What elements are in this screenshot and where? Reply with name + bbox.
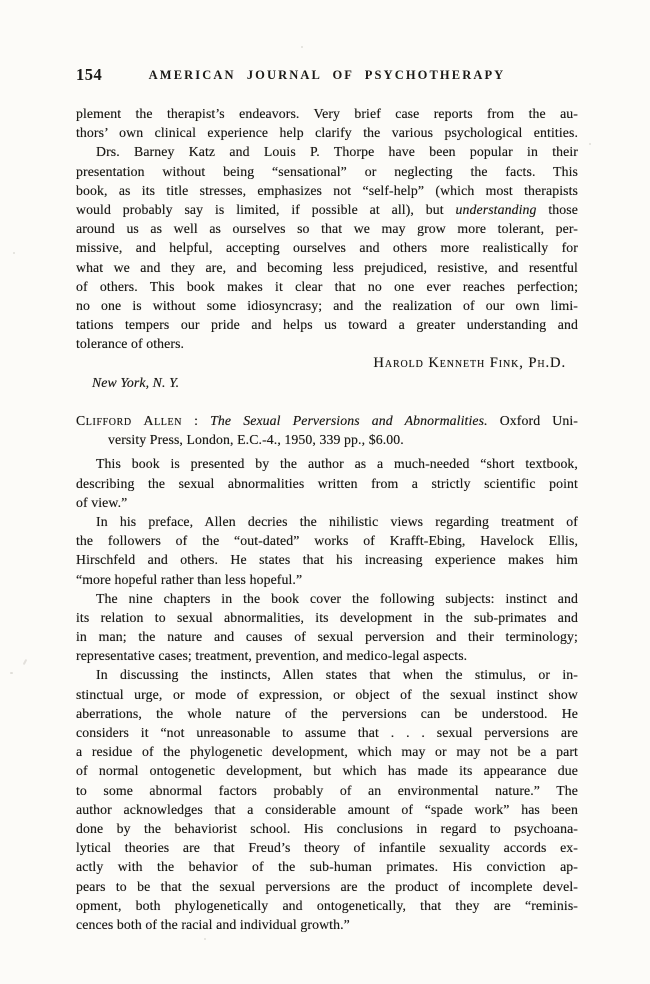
text-segment: of view.” [76, 495, 127, 510]
text-segment: The nine chapters in the book cover the … [96, 591, 578, 606]
text-line: In discussing the instincts, Allen state… [76, 665, 578, 684]
text-segment: In discussing the instincts, Allen state… [96, 667, 578, 682]
text-line: thors’ own clinical experience help clar… [76, 123, 578, 142]
text-line: no one is without some idiosyncrasy; and… [76, 296, 578, 315]
text-line: of view.” [76, 493, 578, 512]
text-segment: opment, both phylogenetically and ontoge… [76, 898, 578, 913]
text-line: its relation to sexual abnormalities, it… [76, 608, 578, 627]
text-segment: its relation to sexual abnormalities, it… [76, 610, 578, 625]
text-line: Clifford Allen : The Sexual Perversions … [76, 411, 578, 430]
text-line: done by the behaviorist school. His conc… [76, 819, 578, 838]
text-line: actly with the behavior of the sub-human… [76, 857, 578, 876]
text-line: book, as its title stresses, emphasizes … [76, 181, 578, 200]
text-segment: presentation without being “sensational”… [76, 164, 578, 179]
text-segment: plement the therapist’s endeavors. Very … [76, 106, 578, 121]
text-segment: around us as well as ourselves so that w… [76, 221, 578, 236]
text-line: Hirschfeld and others. He states that hi… [76, 550, 578, 569]
page-number: 154 [76, 65, 102, 85]
text-line: of normal ontogenetic development, but w… [76, 761, 578, 780]
text-segment: Oxford Uni- [488, 413, 578, 428]
text-line: the followers of the “out-dated” works o… [76, 531, 578, 550]
text-segment: Hirschfeld and others. He states that hi… [76, 552, 578, 567]
text-segment: New York, N. Y. [92, 375, 179, 390]
fink-review-continuation-paragraph: plement the therapist’s endeavors. Very … [76, 104, 578, 142]
section-gap [76, 392, 578, 411]
scan-speck [13, 252, 15, 254]
text-segment: Clifford Allen [76, 413, 182, 428]
fink-review-paragraph: Drs. Barney Katz and Louis P. Thorpe hav… [76, 142, 578, 353]
text-line: a residue of the phylogenetic developmen… [76, 742, 578, 761]
text-segment: thors’ own clinical experience help clar… [76, 125, 578, 140]
text-line: presentation without being “sensational”… [76, 162, 578, 181]
scan-speck [301, 46, 303, 48]
text-segment: of others. This book makes it clear that… [76, 279, 578, 294]
text-line: opment, both phylogenetically and ontoge… [76, 896, 578, 915]
text-line: aberrations, the whole nature of the per… [76, 704, 578, 723]
text-line: missive, and helpful, accepting ourselve… [76, 238, 578, 257]
text-segment: book, as its title stresses, emphasizes … [76, 183, 578, 198]
text-line: what we and they are, and becoming less … [76, 258, 578, 277]
text-segment: In his preface, Allen decries the nihili… [96, 514, 578, 529]
text-line: in man; the nature and causes of sexual … [76, 627, 578, 646]
scan-speck [204, 938, 206, 940]
text-segment: describing the sexual abnormalities writ… [76, 476, 578, 491]
text-segment: Drs. Barney Katz and Louis P. Thorpe hav… [96, 144, 578, 159]
text-line: pears to be that the sexual perversions … [76, 877, 578, 896]
text-segment: tolerance of others. [76, 336, 184, 351]
text-line: The nine chapters in the book cover the … [76, 589, 578, 608]
text-segment: a residue of the phylogenetic developmen… [76, 744, 578, 759]
text-segment: would probably say is limited, if possib… [76, 202, 456, 217]
scan-speck [23, 659, 28, 665]
fink-signature: Harold Kenneth Fink, Ph.D. [76, 353, 578, 372]
text-segment: of normal ontogenetic development, but w… [76, 763, 578, 778]
text-segment: aberrations, the whole nature of the per… [76, 706, 578, 721]
page-body: plement the therapist’s endeavors. Very … [76, 104, 578, 934]
text-segment: This book is presented by the author as … [96, 456, 578, 471]
text-line: lytical theories are that Freud’s theory… [76, 838, 578, 857]
text-segment: “more hopeful rather than less hopeful.” [76, 572, 302, 587]
fink-location: New York, N. Y. [76, 373, 578, 392]
text-segment: no one is without some idiosyncrasy; and… [76, 298, 578, 313]
text-segment: The Sexual Perversions and Abnormalities… [210, 413, 488, 428]
text-line: considers it “not unreasonable to assume… [76, 723, 578, 742]
scan-speck [10, 672, 13, 674]
text-segment: done by the behaviorist school. His conc… [76, 821, 578, 836]
text-segment: Harold Kenneth Fink, Ph.D. [373, 355, 566, 371]
text-line: author acknowledges that a considerable … [76, 800, 578, 819]
text-segment: to some abnormal factors probably of an … [76, 783, 578, 798]
allen-review-paragraph-4: In discussing the instincts, Allen state… [76, 665, 578, 934]
text-segment: pears to be that the sexual perversions … [76, 879, 578, 894]
text-line: plement the therapist’s endeavors. Very … [76, 104, 578, 123]
text-segment: in man; the nature and causes of sexual … [76, 629, 578, 644]
text-line: versity Press, London, E.C.-4., 1950, 33… [76, 430, 578, 449]
text-segment: actly with the behavior of the sub-human… [76, 859, 578, 874]
text-line: stinctual urge, or mode of expression, o… [76, 685, 578, 704]
text-segment: what we and they are, and becoming less … [76, 260, 578, 275]
text-segment: author acknowledges that a considerable … [76, 802, 578, 817]
text-line: tations tempers our pride and helps us t… [76, 315, 578, 334]
text-line: representative cases; treatment, prevent… [76, 646, 578, 665]
text-line: around us as well as ourselves so that w… [76, 219, 578, 238]
scan-speck [589, 143, 591, 145]
text-line: “more hopeful rather than less hopeful.” [76, 570, 578, 589]
text-line: of others. This book makes it clear that… [76, 277, 578, 296]
text-segment: representative cases; treatment, prevent… [76, 648, 467, 663]
allen-book-citation: Clifford Allen : The Sexual Perversions … [76, 411, 578, 449]
text-line: Harold Kenneth Fink, Ph.D. [76, 353, 578, 372]
text-line: Drs. Barney Katz and Louis P. Thorpe hav… [76, 142, 578, 161]
text-line: cences both of the racial and individual… [76, 915, 578, 934]
text-segment: cences both of the racial and individual… [76, 917, 350, 932]
allen-review-paragraph-1: This book is presented by the author as … [76, 454, 578, 512]
scanned-page: 154 AMERICAN JOURNAL OF PSYCHOTHERAPY pl… [0, 0, 650, 984]
text-segment: missive, and helpful, accepting ourselve… [76, 240, 578, 255]
text-segment: those [537, 202, 578, 217]
text-segment: stinctual urge, or mode of expression, o… [76, 687, 578, 702]
text-line: New York, N. Y. [76, 373, 578, 392]
page-header: 154 AMERICAN JOURNAL OF PSYCHOTHERAPY [76, 66, 578, 86]
text-segment: considers it “not unreasonable to assume… [76, 725, 578, 740]
text-segment: understanding [456, 202, 537, 217]
text-line: to some abnormal factors probably of an … [76, 781, 578, 800]
journal-title: AMERICAN JOURNAL OF PSYCHOTHERAPY [76, 66, 578, 83]
text-segment: tations tempers our pride and helps us t… [76, 317, 578, 332]
text-line: In his preface, Allen decries the nihili… [76, 512, 578, 531]
text-segment: the followers of the “out-dated” works o… [76, 533, 578, 548]
text-segment: versity Press, London, E.C.-4., 1950, 33… [108, 432, 404, 447]
text-segment: : [182, 413, 210, 428]
allen-review-paragraph-3: The nine chapters in the book cover the … [76, 589, 578, 666]
text-line: describing the sexual abnormalities writ… [76, 474, 578, 493]
text-segment: lytical theories are that Freud’s theory… [76, 840, 578, 855]
text-line: would probably say is limited, if possib… [76, 200, 578, 219]
allen-review-paragraph-2: In his preface, Allen decries the nihili… [76, 512, 578, 589]
text-line: tolerance of others. [76, 334, 578, 353]
text-line: This book is presented by the author as … [76, 454, 578, 473]
